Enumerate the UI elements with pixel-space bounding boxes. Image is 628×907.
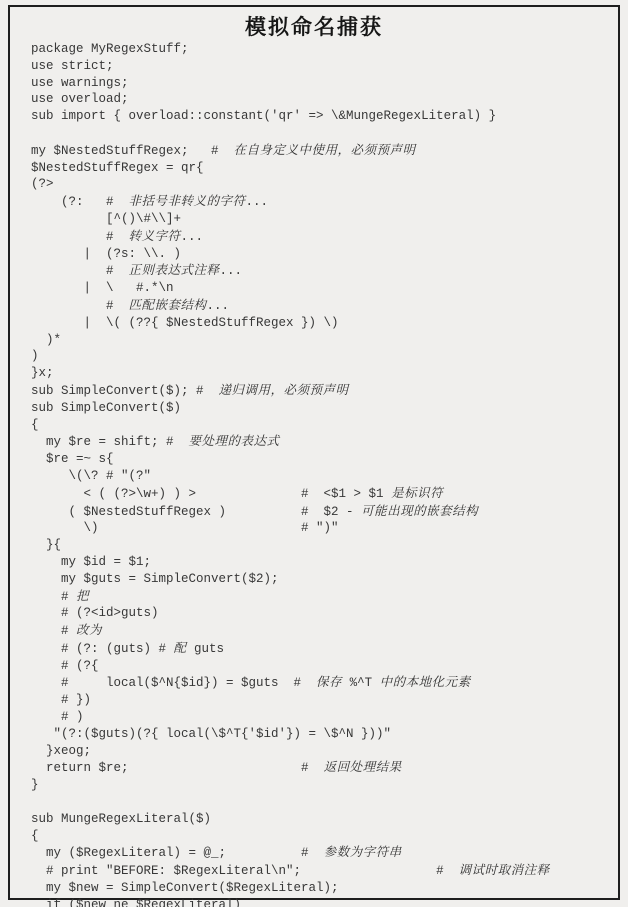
code-line — [31, 125, 614, 142]
code-line: # 正则表达式注释... — [31, 262, 614, 280]
scanned-page: 模拟命名捕获 package MyRegexStuff;use strict;u… — [0, 0, 628, 907]
code-line: my $NestedStuffRegex; # 在自身定义中使用，必须预声明 — [31, 142, 614, 160]
code-line: my $re = shift; # 要处理的表达式 — [31, 433, 614, 451]
cjk-comment-text: 中的本地化元素 — [380, 674, 471, 689]
code-line: } — [31, 777, 614, 794]
code-line: my ($RegexLiteral) = @_; # 参数为字符串 — [31, 844, 614, 862]
cjk-comment-text: 把 — [76, 588, 89, 603]
code-line — [31, 794, 614, 811]
code-line: # print "BEFORE: $RegexLiteral\n"; # 调试时… — [31, 862, 614, 880]
cjk-comment-text: 递归调用，必须预声明 — [219, 382, 349, 397]
code-line: | \( (??{ $NestedStuffRegex }) \) — [31, 315, 614, 332]
code-line: \) # ")" — [31, 520, 614, 537]
cjk-comment-text: 返回处理结果 — [324, 759, 402, 774]
cjk-comment-text: 非括号非转义的字符 — [129, 193, 246, 208]
code-line: }xeog; — [31, 743, 614, 760]
code-line: $re =~ s{ — [31, 451, 614, 468]
code-line: (?> — [31, 176, 614, 193]
code-line: ( $NestedStuffRegex ) # $2 - 可能出现的嵌套结构 — [31, 503, 614, 521]
code-line: my $id = $1; — [31, 554, 614, 571]
code-line: sub MungeRegexLiteral($) — [31, 811, 614, 828]
code-line: if ($new ne $RegexLiteral) — [31, 897, 614, 907]
code-line: use strict; — [31, 58, 614, 75]
cjk-comment-text: 保存 — [316, 674, 342, 689]
code-line: { — [31, 417, 614, 434]
cjk-comment-text: 调试时取消注释 — [459, 862, 550, 877]
code-line: )* — [31, 332, 614, 349]
code-line: }{ — [31, 537, 614, 554]
code-line: }x; — [31, 365, 614, 382]
cjk-comment-text: 在自身定义中使用，必须预声明 — [234, 142, 416, 157]
code-line: (?: # 非括号非转义的字符... — [31, 193, 614, 211]
code-line: "(?:($guts)(?{ local(\$^T{'$id'}) = \$^N… — [31, 726, 614, 743]
cjk-comment-text: 参数为字符串 — [324, 844, 402, 859]
code-line: # (?: (guts) # 配 guts — [31, 640, 614, 658]
code-line: sub import { overload::constant('qr' => … — [31, 108, 614, 125]
code-line: [^()\#\\]+ — [31, 211, 614, 228]
code-line: # local($^N{$id}) = $guts # 保存 %^T 中的本地化… — [31, 674, 614, 692]
cjk-comment-text: 配 — [174, 640, 187, 655]
code-line: use warnings; — [31, 75, 614, 92]
code-line: $NestedStuffRegex = qr{ — [31, 160, 614, 177]
code-line: ) — [31, 348, 614, 365]
cjk-comment-text: 要处理的表达式 — [189, 433, 280, 448]
code-line: # 匹配嵌套结构... — [31, 297, 614, 315]
code-line: { — [31, 828, 614, 845]
cjk-comment-text: 匹配嵌套结构 — [129, 297, 207, 312]
code-line: use overload; — [31, 91, 614, 108]
code-line: | \ #.*\n — [31, 280, 614, 297]
cjk-comment-text: 可能出现的嵌套结构 — [361, 503, 478, 518]
code-line: return $re; # 返回处理结果 — [31, 759, 614, 777]
code-line: # 转义字符... — [31, 228, 614, 246]
code-line: # (?<id>guts) — [31, 605, 614, 622]
code-line: my $guts = SimpleConvert($2); — [31, 571, 614, 588]
code-line: my $new = SimpleConvert($RegexLiteral); — [31, 880, 614, 897]
code-line: sub SimpleConvert($); # 递归调用，必须预声明 — [31, 382, 614, 400]
code-line: package MyRegexStuff; — [31, 41, 614, 58]
code-line: | (?s: \\. ) — [31, 246, 614, 263]
code-line: # ) — [31, 709, 614, 726]
code-line: # 改为 — [31, 622, 614, 640]
code-line: < ( (?>\w+) ) > # <$1 > $1 是标识符 — [31, 485, 614, 503]
code-line: # }) — [31, 692, 614, 709]
cjk-comment-text: 是标识符 — [391, 485, 443, 500]
code-line: # (?{ — [31, 658, 614, 675]
cjk-comment-text: 改为 — [76, 622, 102, 637]
code-line: sub SimpleConvert($) — [31, 400, 614, 417]
cjk-comment-text: 正则表达式注释 — [129, 262, 220, 277]
code-line: \(\? # "(?" — [31, 468, 614, 485]
code-listing: package MyRegexStuff;use strict;use warn… — [31, 41, 614, 907]
figure-title: 模拟命名捕获 — [10, 7, 618, 39]
figure-border: 模拟命名捕获 package MyRegexStuff;use strict;u… — [8, 5, 620, 900]
cjk-comment-text: 转义字符 — [129, 228, 181, 243]
code-line: # 把 — [31, 588, 614, 606]
